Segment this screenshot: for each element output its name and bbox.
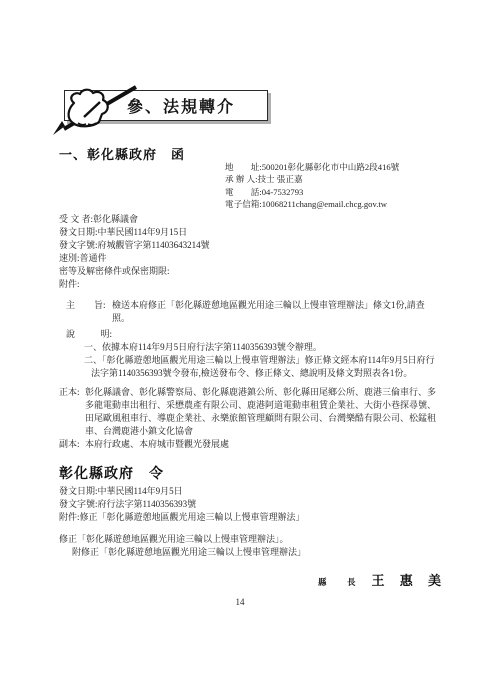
explanation-label: 說 明: xyxy=(66,328,112,341)
explanation-label-char2: 明: xyxy=(100,328,112,341)
letter-heading: 一、彰化縣政府 函 xyxy=(59,144,185,163)
decree-date-line: 發文日期:中華民國114年9月5日 xyxy=(59,485,305,498)
signature-title: 縣 長 xyxy=(318,576,362,588)
explanation-label-char1: 說 xyxy=(66,328,75,341)
explanation-block: 說 明: 一、依據本府114年9月5日府行法字第1140356393號令辦理。 … xyxy=(66,328,446,380)
subject-colon: : xyxy=(103,299,112,325)
subject-row: 主 旨 : 檢送本府修正「彰化縣遊憩地區觀光用途三輪以上慢車管理辦法」條文1份,… xyxy=(66,299,434,325)
phone-line: 電 話:04-7532793 xyxy=(225,186,399,198)
attachment-line: 附件: xyxy=(59,278,210,291)
banner-title: 參、法規轉介 xyxy=(127,94,235,117)
signature-row: 縣 長 王 惠 美 xyxy=(318,570,447,589)
issue-date-line: 發文日期:中華民國114年9月15日 xyxy=(59,226,210,239)
explanation-item-1: 一、依據本府114年9月5日府行法字第1140356393號令辦理。 xyxy=(84,341,443,354)
signature-name: 王 惠 美 xyxy=(372,570,448,589)
letter-meta-block: 受 文 者:彰化縣議會 發文日期:中華民國114年9月15日 發文字號:府城觀管… xyxy=(59,213,210,290)
decree-number-line: 發文字號:府行法字第1140356393號 xyxy=(59,498,305,511)
decree-body-line-1: 修正「彰化縣遊憩地區觀光用途三輪以上慢車管理辦法」。 xyxy=(59,533,306,546)
email-line: 電子信箱:10068211chang@email.chcg.gov.tw xyxy=(225,198,399,210)
secrecy-line: 密等及解密條件或保密期限: xyxy=(59,265,210,278)
copy-recipients-text: 本府行政處、本府城市暨觀光發展處 xyxy=(85,438,438,451)
subject-label-char2: 旨 xyxy=(94,299,103,325)
explanation-item-2: 二、「彰化縣遊憩地區觀光用途三輪以上慢車管理辦法」修正條文經本府114年9月5日… xyxy=(84,354,443,380)
page-number: 14 xyxy=(0,597,480,607)
original-recipients-label: 正本: xyxy=(59,386,85,438)
decree-body-line-2: 附修正「彰化縣遊憩地區觀光用途三輪以上慢車管理辦法」 xyxy=(72,546,306,559)
address-line: 地 址:500201彰化縣彰化市中山路2段416號 xyxy=(225,161,399,173)
original-recipients-text: 彰化縣議會、彰化縣警察局、彰化縣鹿港鎮公所、彰化縣田尾鄉公所、鹿港三倫車行、多多… xyxy=(85,386,438,438)
writing-hand-icon xyxy=(48,84,140,136)
recipient-line: 受 文 者:彰化縣議會 xyxy=(59,213,210,226)
copy-recipients-label: 副本: xyxy=(59,438,85,451)
decree-body-block: 修正「彰化縣遊憩地區觀光用途三輪以上慢車管理辦法」。 附修正「彰化縣遊憩地區觀光… xyxy=(59,533,306,559)
doc-number-line: 發文字號:府城觀管字第11403643214號 xyxy=(59,239,210,252)
speed-line: 速別:普通件 xyxy=(59,252,210,265)
decree-heading: 彰化縣政府 令 xyxy=(59,463,164,483)
contact-person-line: 承 辦 人:技士 張正嘉 xyxy=(225,173,399,185)
decree-meta-block: 發文日期:中華民國114年9月5日 發文字號:府行法字第1140356393號 … xyxy=(59,485,305,524)
document-page: 參、法規轉介 一、彰化縣政府 函 地 址:500201彰化縣彰化市中山路2段41… xyxy=(0,0,480,679)
subject-label-char1: 主 xyxy=(66,299,75,325)
subject-text: 檢送本府修正「彰化縣遊憩地區觀光用途三輪以上慢車管理辦法」條文1份,請查照。 xyxy=(112,299,434,325)
decree-attachment-line: 附件:修正「彰化縣遊憩地區觀光用途三輪以上慢車管理辦法」 xyxy=(59,511,305,524)
subject-label: 主 旨 xyxy=(66,299,103,325)
original-recipients-row: 正本: 彰化縣議會、彰化縣警察局、彰化縣鹿港鎮公所、彰化縣田尾鄉公所、鹿港三倫車… xyxy=(59,386,438,438)
contact-info-block: 地 址:500201彰化縣彰化市中山路2段416號 承 辦 人:技士 張正嘉 電… xyxy=(225,161,399,211)
copy-recipients-row: 副本: 本府行政處、本府城市暨觀光發展處 xyxy=(59,438,438,451)
